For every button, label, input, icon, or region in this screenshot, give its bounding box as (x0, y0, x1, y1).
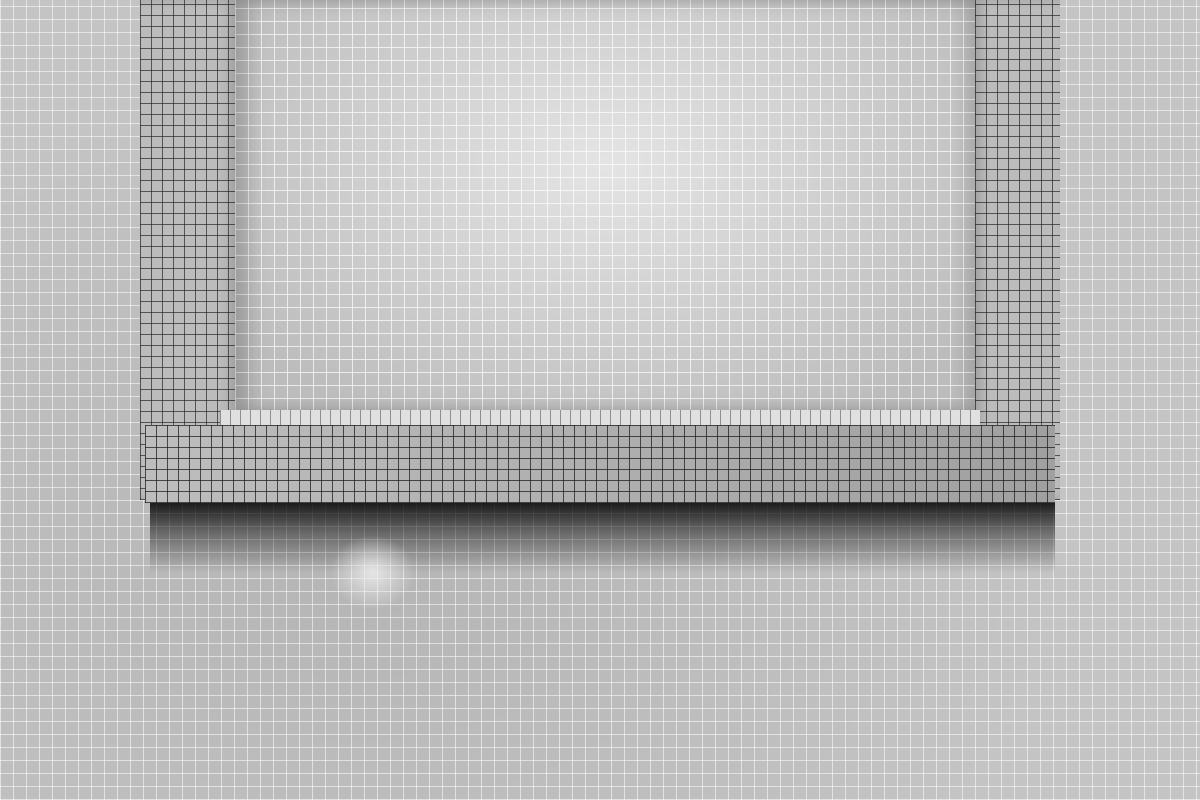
tiled-wall-photo (0, 0, 1200, 800)
sill-top-surface (220, 410, 980, 426)
light-stain (330, 535, 415, 610)
filled-window-panel (235, 0, 975, 412)
window-sill (145, 425, 1055, 503)
sill-shadow (150, 503, 1055, 573)
